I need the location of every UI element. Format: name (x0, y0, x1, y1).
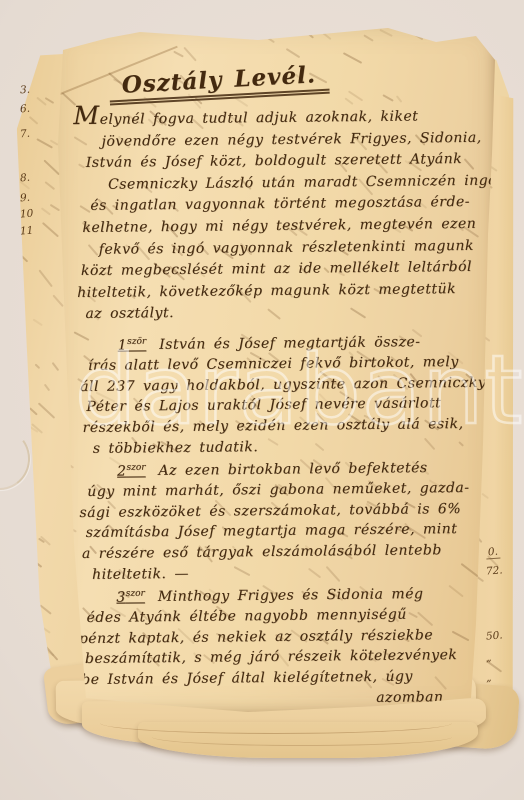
margin-number: 10 (20, 208, 34, 221)
section-3: 3szor Minthogy Frigyes és Sidonia mégéde… (76, 580, 477, 711)
margin-number: 50. (486, 629, 503, 642)
fold-crease-line-2 (152, 728, 452, 746)
section-marker: 3szor (116, 589, 150, 605)
handwritten-line: az osztályt. (85, 300, 483, 326)
margin-number: 0. (486, 546, 501, 560)
margin-number: „ (486, 672, 492, 684)
handwritten-line: 3szor Minthogy Frigyes és Sidonia még (116, 580, 476, 608)
margin-number: 7. (20, 128, 31, 141)
section-2: 2szor Az ezen birtokban levő befektetésú… (77, 454, 482, 585)
handwritten-line: beszámítatik, s még járó részeik kötelez… (85, 645, 477, 670)
section-1: 1ször István és Jósef megtartják össze-í… (78, 328, 479, 459)
margin-number: „ (486, 652, 492, 664)
handwritten-line: a részére eső tárgyak elszámolásából len… (82, 540, 482, 565)
section-marker: 1ször (118, 337, 152, 353)
margin-number: 11 (20, 225, 34, 238)
handwritten-content: Osztály Levél. Melynél fogva tudtul adju… (44, 22, 501, 719)
paper-thread (0, 424, 34, 494)
document-title: Osztály Levél. (108, 61, 329, 106)
photo-scene: Osztály Levél. Melynél fogva tudtul adju… (0, 0, 524, 800)
section-marker: 2szor (117, 463, 151, 479)
intro-paragraph: Melynél fogva tudtul adjuk azoknak, kike… (67, 106, 483, 326)
main-document-page: Osztály Levél. Melynél fogva tudtul adju… (48, 24, 498, 716)
handwritten-line: 1ször István és Jósef megtartják össze- (118, 328, 478, 356)
handwritten-line: részekből és, mely ezidén ezen osztály a… (82, 414, 478, 439)
margin-number: 6. (20, 103, 31, 116)
margin-number: 72. (486, 564, 503, 577)
margin-number: 3. (20, 84, 31, 97)
margin-number: 8. (20, 172, 31, 185)
margin-number: 9. (20, 192, 31, 205)
